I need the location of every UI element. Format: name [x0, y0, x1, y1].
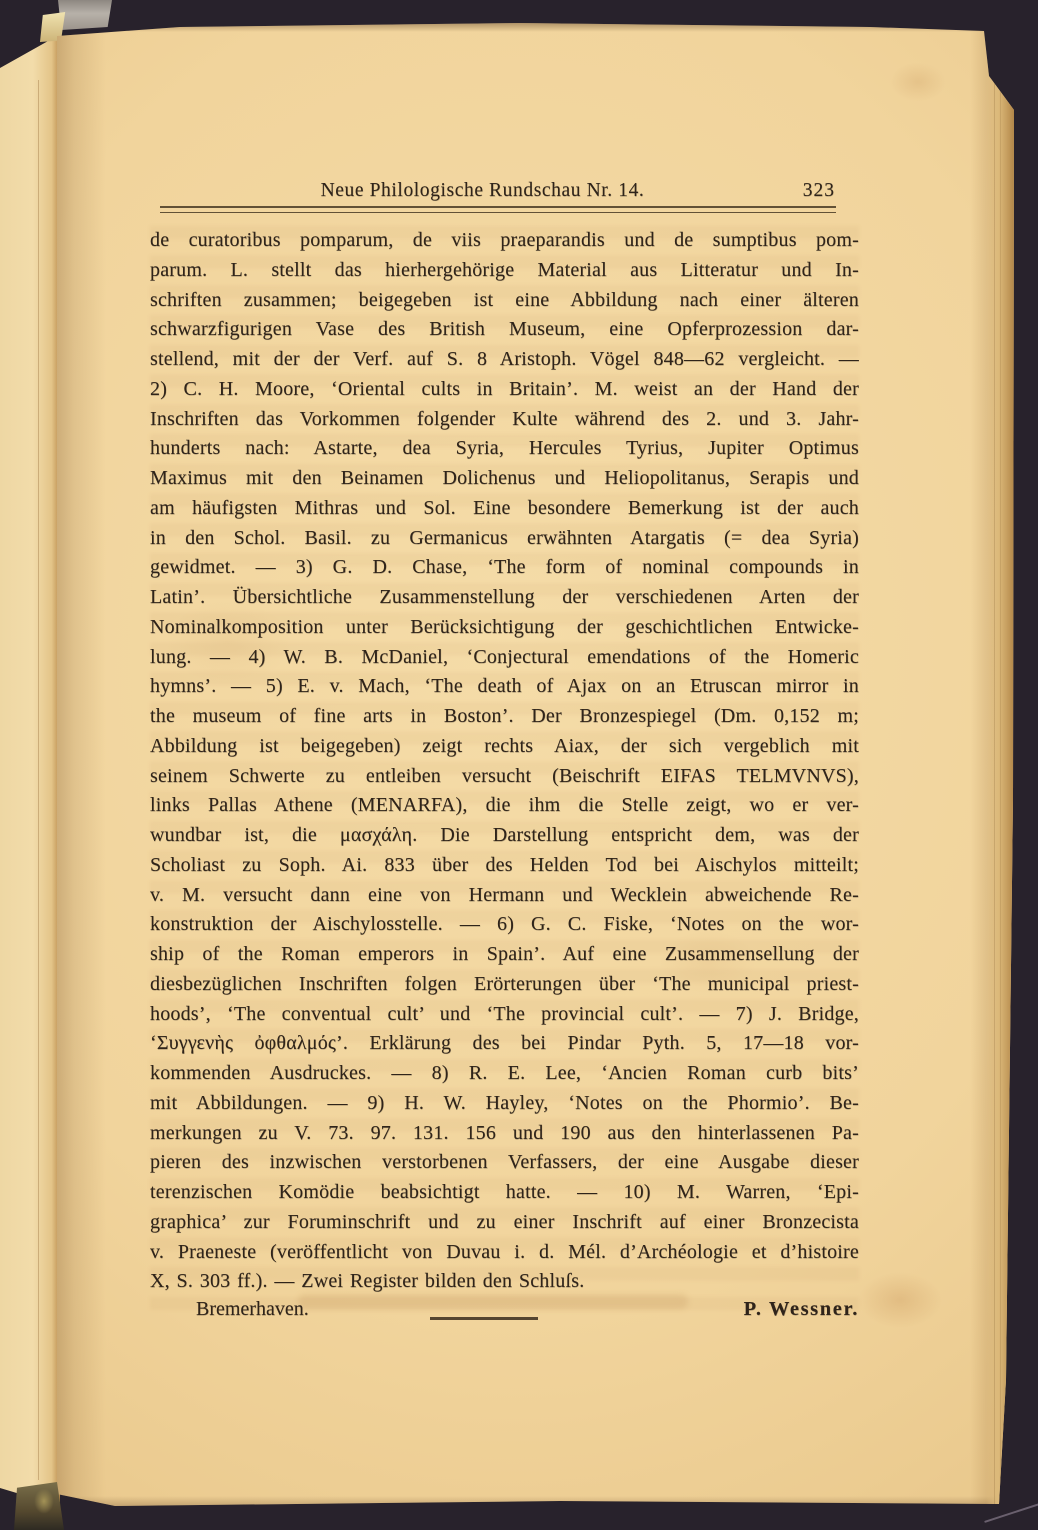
text-line: Maximus mit den Beinamen Dolichenus und …: [150, 464, 859, 494]
text-line: pieren des inzwischen verstorbenen Verfa…: [150, 1148, 859, 1178]
text-line: mit Abbildungen. — 9) H. W. Hayley, ‘Not…: [150, 1089, 859, 1119]
text-line: schwarzfigurigen Vase des British Museum…: [150, 315, 859, 345]
page-edge-nick: [1006, 1396, 1014, 1408]
body-text: de curatoribus pomparum, de viis praepar…: [150, 226, 859, 1297]
text-line: the museum of fine arts in Boston’. Der …: [150, 702, 859, 732]
text-line: wundbar ist, die μασχάλη. Die Darstellun…: [150, 821, 859, 851]
running-header: Neue Philologische Rundschau Nr. 14. 323: [150, 178, 859, 206]
text-line: schriften zusammen; beigegeben ist eine …: [150, 286, 859, 316]
text-line: X, S. 303 ff.). — Zwei Register bilden d…: [150, 1267, 859, 1297]
text-line: Inschriften das Vorkommen folgender Kult…: [150, 405, 859, 435]
text-line: ship of the Roman emperors in Spain’. Au…: [150, 940, 859, 970]
text-line: Scholiast zu Soph. Ai. 833 über des Held…: [150, 851, 859, 881]
page-bottom-shadow: [48, 1496, 1016, 1510]
photo-background: Neue Philologische Rundschau Nr. 14. 323…: [0, 0, 1038, 1530]
text-line: stellend, mit der der Verf. auf S. 8 Ari…: [150, 345, 859, 375]
author-signature: P. Wessner.: [744, 1295, 859, 1325]
text-line: gewidmet. — 3) G. D. Chase, ‘The form of…: [150, 553, 859, 583]
text-line: kommenden Ausdruckes. — 8) R. E. Lee, ‘A…: [150, 1059, 859, 1089]
text-line: seinem Schwerte zu entleiben versucht (B…: [150, 762, 859, 792]
book-page: Neue Philologische Rundschau Nr. 14. 323…: [48, 22, 1016, 1510]
left-page-edge: [0, 0, 60, 1530]
text-line: terenzischen Komödie beabsichtigt hatte.…: [150, 1178, 859, 1208]
text-line: parum. L. stellt das hierhergehörige Mat…: [150, 256, 859, 286]
page-edge: [970, 22, 1016, 1510]
page-top-shadow: [48, 22, 1016, 32]
closing-row: Bremerhaven. P. Wessner.: [150, 1295, 859, 1325]
text-line: de curatoribus pomparum, de viis praepar…: [150, 226, 859, 256]
running-header-title: Neue Philologische Rundschau Nr. 14.: [321, 180, 645, 202]
header-rule: [160, 206, 836, 213]
text-line: v. Praeneste (veröffentlicht von Duvau i…: [150, 1238, 859, 1268]
text-line: graphica’ zur Foruminschrift und zu eine…: [150, 1208, 859, 1238]
text-line: hoods’, ‘The conventual cult’ und ‘The p…: [150, 1000, 859, 1030]
text-line: konstruktion der Aischylosstelle. — 6) G…: [150, 910, 859, 940]
text-line: am häufigsten Mithras und Sol. Eine beso…: [150, 494, 859, 524]
text-line: lung. — 4) W. B. McDaniel, ‘Conjectural …: [150, 643, 859, 673]
text-line: Latin’. Übersichtliche Zusammenstellung …: [150, 583, 859, 613]
closing-place: Bremerhaven.: [196, 1295, 309, 1325]
text-line: ‘Συγγενὴς ὀφθαλμός’. Erklärung des bei P…: [150, 1029, 859, 1059]
text-line: diesbezüglichen Inschriften folgen Erört…: [150, 970, 859, 1000]
page-number: 323: [803, 180, 835, 202]
text-line: hunderts nach: Astarte, dea Syria, Hercu…: [150, 434, 859, 464]
text-line: Abbildung ist beigegeben) zeigt rechts A…: [150, 732, 859, 762]
page-crease: [38, 80, 39, 1480]
closing-rule: [430, 1317, 538, 1320]
text-line: hymns’. — 5) E. v. Mach, ‘The death of A…: [150, 672, 859, 702]
text-line: merkungen zu V. 73. 97. 131. 156 und 190…: [150, 1119, 859, 1149]
text-line: Nominalkomposition unter Berücksichtigun…: [150, 613, 859, 643]
text-line: links Pallas Athene (MENARFA), die ihm d…: [150, 791, 859, 821]
scratch-mark: [984, 1503, 1038, 1523]
text-line: 2) C. H. Moore, ‘Oriental cults in Brita…: [150, 375, 859, 405]
binding-remnant-bottom: [14, 1482, 64, 1530]
text-line: in den Schol. Basil. zu Germanicus erwäh…: [150, 524, 859, 554]
text-line: v. M. versucht dann eine von Hermann und…: [150, 881, 859, 911]
binding-tape: [58, 0, 112, 30]
